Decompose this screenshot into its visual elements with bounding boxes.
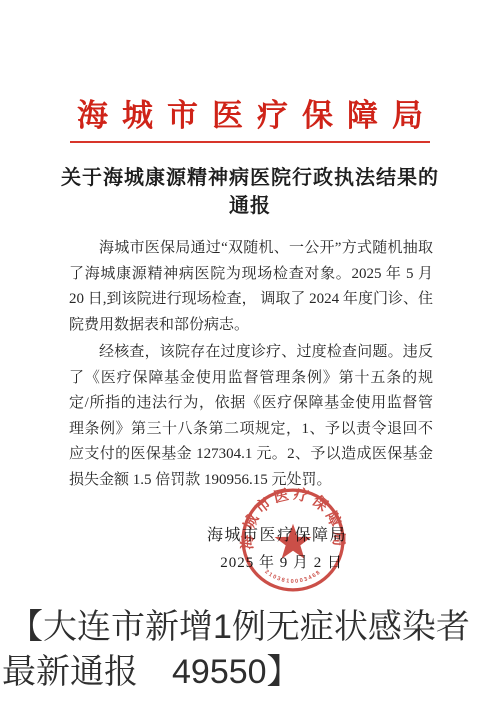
paragraph-inspection: 海城市医保局通过“双随机、一公开”方式随机抽取了海城康源精神病医院为现场检查对象… [69,236,433,338]
svg-text:2103810003468: 2103810003468 [263,569,322,585]
notice-page: 海城市医疗保障局 关于海城康源精神病医院行政执法结果的 通报 海城市医保局通过“… [0,0,500,707]
notice-title-line1: 关于海城康源精神病医院行政执法结果的 [0,164,500,192]
seal-star-icon [275,524,312,559]
news-caption: 【大连市新增1例无症状感染者 大连市疫情防 最新通报 49550】 [0,605,500,695]
agency-letterhead: 海城市医疗保障局 [0,90,500,135]
caption-line2: 最新通报 49550】 [0,650,500,695]
notice-body: 海城市医保局通过“双随机、一公开”方式随机抽取了海城康源精神病医院为现场检查对象… [69,236,433,493]
paragraph-penalty: 经核查，该院存在过度诊疗、过度检查问题。违反了《医疗保障基金使用监督管理条例》第… [69,340,433,493]
notice-title: 关于海城康源精神病医院行政执法结果的 通报 [0,164,500,220]
official-seal: 海城市医疗保障局 2103810003468 [239,486,347,594]
caption-line1: 【大连市新增1例无症状感染者 大连市疫情防 [0,605,500,650]
notice-title-line2: 通报 [0,192,500,220]
seal-serial-number: 2103810003468 [263,569,322,585]
letterhead-divider [70,141,430,143]
